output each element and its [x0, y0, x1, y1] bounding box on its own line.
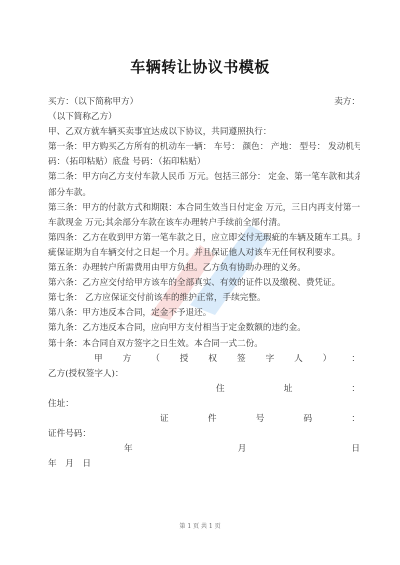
document-body: 买方：（以下简称甲方） 卖方： （以下简称乙方） 甲、乙双方就车辆买卖事宜达成以… — [48, 96, 360, 470]
sig-char: ： — [351, 353, 360, 365]
sig-char: 签 — [237, 353, 246, 365]
sig-char: 方 — [123, 353, 132, 365]
article-1-line-1: 第一条：甲方购买乙方所有的机动车一辆： 车号： 颜色： 产地： 型号： 发动机号 — [48, 141, 360, 153]
intro-text: 甲、乙双方就车辆买卖事宜达成以下协议，共同遵照执行： — [48, 126, 360, 138]
date-char: 日 — [351, 443, 360, 455]
document-title: 车辆转让协议书模板 — [0, 56, 400, 77]
article-7: 第七条： 乙方应保证交付前该车的维护正常，手续完整。 — [48, 292, 360, 304]
sig-char: 人 — [294, 353, 303, 365]
article-2-line-1: 第二条：甲方向乙方支付车款人民币 万元。包括三部分： 定金、第一笔车款和其余 — [48, 171, 360, 183]
article-3-line-2: 车款现金 万元;其余部分车款在该车办理转户手续前全部付清。 — [48, 217, 360, 229]
article-3-line-1: 第三条：甲方的付款方式和期限：本合同生效当日付定金 万元，三日内再支付第一笔 — [48, 202, 360, 214]
parties-line: 买方：（以下简称甲方） 卖方： — [48, 96, 360, 108]
article-9: 第九条：乙方违反本合同，应向甲方支付相当于定金数额的违约金。 — [48, 322, 360, 334]
page-footer: 第 1 页 共 1 页 — [0, 521, 400, 530]
sig-char: ） — [323, 353, 332, 365]
article-8: 第八条：甲方违反本合同，定金不予退还。 — [48, 307, 360, 319]
party-b-id-label: 证件号码： — [48, 428, 360, 440]
document-page: 车辆转让协议书模板 买方：（以下简称甲方） 卖方： （以下简称乙方） 甲、乙双方… — [0, 0, 400, 565]
seller-abbrev: （以下简称乙方） — [48, 111, 360, 123]
party-b-date-line: 年 月 日 — [48, 458, 360, 470]
article-4-line-1: 第四条：乙方在收到甲方第一笔车款之日，应立即交付无瑕疵的车辆及随车工具。瑕 — [48, 232, 360, 244]
address-char: 址 — [284, 383, 293, 395]
party-a-id-line: 证 件 号 码 ： — [48, 413, 360, 425]
party-a-date-line: 年 月 日 — [48, 443, 360, 455]
address-char: ： — [351, 383, 360, 395]
article-6: 第六条：乙方应交付给甲方该车的全部真实、有效的证件以及缴税、费凭证。 — [48, 277, 360, 289]
buyer-label: 买方：（以下简称甲方） — [48, 96, 138, 108]
sig-char: 授 — [180, 353, 189, 365]
id-char: 码 — [304, 413, 313, 425]
party-b-address-label: 住址： — [48, 398, 360, 410]
article-4-line-2: 疵保证期为自车辆交付之日起一个月。并且保证他人对该车无任何权利要求。 — [48, 247, 360, 259]
article-1-line-2: 码：（拓印粘贴）底盘 号码：（拓印粘贴） — [48, 156, 360, 168]
party-a-address-line: 住 址 ： — [48, 383, 360, 395]
id-char: 证 — [160, 413, 169, 425]
article-5: 第五条：办理转户所需费用由甲方负担。乙方负有协助办理的义务。 — [48, 262, 360, 274]
sig-char: （ — [151, 353, 160, 365]
party-b-signature-label: 乙方(授权签字人)： — [48, 368, 360, 380]
id-char: 件 — [208, 413, 217, 425]
sig-char: 字 — [266, 353, 275, 365]
date-char: 年 — [124, 443, 133, 455]
party-a-signature-line: 甲 方 （ 授 权 签 字 人 ） ： — [48, 353, 360, 365]
sig-char: 甲 — [94, 353, 103, 365]
address-char: 住 — [216, 383, 225, 395]
article-10: 第十条：本合同自双方签字之日生效。本合同一式二份。 — [48, 338, 360, 350]
article-2-line-2: 部分车款。 — [48, 187, 360, 199]
seller-label: 卖方： — [334, 96, 360, 108]
date-char: 月 — [238, 443, 247, 455]
id-char: ： — [351, 413, 360, 425]
id-char: 号 — [256, 413, 265, 425]
sig-char: 权 — [208, 353, 217, 365]
